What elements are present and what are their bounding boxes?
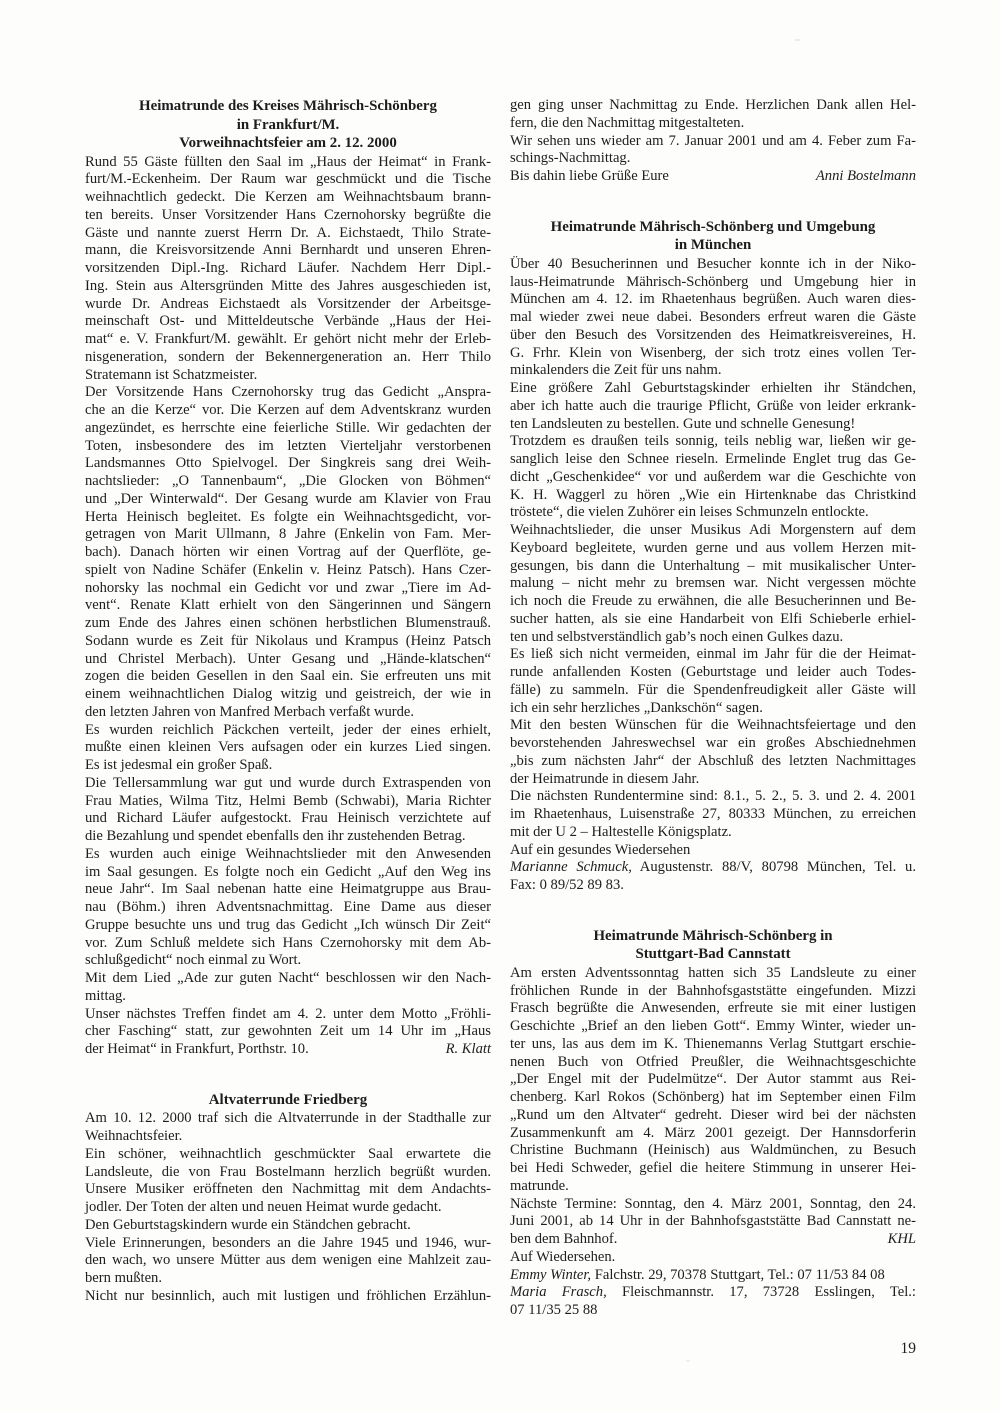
text-line: Eine größere Zahl Geburtstagskinder erhi… — [510, 380, 916, 398]
text-line: und „Der Winterwald“. Der Gesang wurde a… — [85, 491, 491, 509]
text-line: vent“. Renate Klatt erhielt von den Säng… — [85, 597, 491, 615]
paragraph: Wir sehen uns wieder am 7. Januar 2001 u… — [510, 133, 916, 169]
text-line: im Saal gesungen. Es folgte noch ein Ged… — [85, 864, 491, 882]
text-line: mit der U 2 – Haltestelle Königsplatz. — [510, 824, 916, 842]
signature-line: Bis dahin liebe Grüße EureAnni Bostelman… — [510, 168, 916, 186]
text-line: Geschichte „Brief an den lieben Gott“. E… — [510, 1018, 916, 1036]
text-line: Die Tellersammlung war gut und wurde dur… — [85, 775, 491, 793]
signature: Anni Bostelmann — [816, 168, 916, 186]
text-line: sucher hatten, als sie eine Handarbeit v… — [510, 611, 916, 629]
section-heading-line: Vorweihnachtsfeier am 2. 12. 2000 — [85, 134, 491, 153]
text-line: vorsitzenden Dipl.-Ing. Richard Läufer. … — [85, 260, 491, 278]
text-line: ten Landsleuten zu bestellen. Gute und s… — [510, 416, 916, 434]
text-line: Toten, insbesondere des im letzten Viert… — [85, 438, 491, 456]
text-line: Landsleute, die von Frau Bostelmann herz… — [85, 1164, 491, 1182]
text-line: und Richard Läufer aufgestockt. Frau Hei… — [85, 810, 491, 828]
text-line: Viele Erinnerungen, besonders an die Jah… — [85, 1235, 491, 1253]
text-line: jodler. Der Toten der alten und neuen He… — [85, 1199, 491, 1217]
text-line: Ing. Stein aus Altersgründen Mitte des J… — [85, 278, 491, 296]
text-line: nau (Böhm.) ihren Adventsnachmittag. Ein… — [85, 899, 491, 917]
text-line: gen ging unser Nachmittag zu Ende. Herzl… — [510, 97, 916, 115]
text-line: matrunde. — [510, 1178, 916, 1196]
signature-line: der Heimat“ in Frankfurt, Porthstr. 10.R… — [85, 1041, 491, 1059]
text-line: Unsere Musiker eröffneten den Nachmittag… — [85, 1181, 491, 1199]
text-line: Weihnachtsfeier. — [85, 1128, 491, 1146]
text-line: Nächste Termine: Sonntag, den 4. März 20… — [510, 1196, 916, 1214]
text-line: schlußgedicht“ noch einmal zu Wort. — [85, 952, 491, 970]
text-line: Es ließ sich nicht vermeiden, einmal im … — [510, 646, 916, 664]
paragraph: Die Tellersammlung war gut und wurde dur… — [85, 775, 491, 846]
paragraph: Weihnachtslieder, die unser Musikus Adi … — [510, 522, 916, 646]
paragraph: Trotzdem es draußen teils sonnig, teils … — [510, 433, 916, 522]
paragraph: Am 10. 12. 2000 traf sich die Altvaterru… — [85, 1110, 491, 1146]
text-line: cher Fasching“ statt, zur gewohnten Zeit… — [85, 1023, 491, 1041]
text-line: Am 10. 12. 2000 traf sich die Altvaterru… — [85, 1110, 491, 1128]
paragraph: Es ließ sich nicht vermeiden, einmal im … — [510, 646, 916, 717]
paragraph: Über 40 Besucherinnen und Besucher konnt… — [510, 256, 916, 380]
text-line: runde anfallenden Kosten (Geburtstage un… — [510, 664, 916, 682]
text-line: mann, die Kreisvorsitzende Anni Bernhard… — [85, 242, 491, 260]
paragraph: Emmy Winter, Falchstr. 29, 70378 Stuttga… — [510, 1267, 916, 1285]
text-line: bach). Danach hörten wir einen Vortrag a… — [85, 544, 491, 562]
text-line: bern mußten. — [85, 1270, 491, 1288]
text-line: Landsmannes Otto Spielvogel. Der Singkre… — [85, 455, 491, 473]
text-line: über den Besuch des Vorsitzenden des Hei… — [510, 327, 916, 345]
text-line: Wir sehen uns wieder am 7. Januar 2001 u… — [510, 133, 916, 151]
text-line: Christine Buchmann (Heinisch) aus Waldmü… — [510, 1142, 916, 1160]
text-line: die Bezahlung und spendet ebenfalls den … — [85, 828, 491, 846]
section-heading-line: Stuttgart-Bad Cannstatt — [510, 945, 916, 964]
paragraph: Auf ein gesundes Wiedersehen — [510, 842, 916, 860]
text-line: spielt von Nadine Schäfer (Enkelin v. He… — [85, 562, 491, 580]
text-line: Gäste und nannte zuerst Herrn Dr. A. Eic… — [85, 225, 491, 243]
text-line: nisgeneration, sondern der Bekennergener… — [85, 349, 491, 367]
signature: R. Klatt — [446, 1041, 491, 1059]
text-line: „Rund um den Altvater“ gedreht. Dieser w… — [510, 1107, 916, 1125]
section-heading: Heimatrunde Mährisch-Schönberg und Umgeb… — [510, 218, 916, 255]
signature: KHL — [888, 1231, 916, 1249]
section-heading-line: Heimatrunde Mährisch-Schönberg und Umgeb… — [510, 218, 916, 237]
page-number: 19 — [510, 1340, 916, 1358]
text-line: Juni 2001, ab 14 Uhr in der Bahnhofsgast… — [510, 1213, 916, 1231]
text-line: bei Hedi Schweder, gefiel die heitere St… — [510, 1160, 916, 1178]
text-line: Maria Frasch, Fleischmannstr. 17, 73728 … — [510, 1284, 916, 1302]
text-line: ich ein sehr herzliches „Dankschön“ sage… — [510, 700, 916, 718]
text-line: fröhlichen Runde in der Bahnhofsgaststät… — [510, 983, 916, 1001]
paragraph: Rund 55 Gäste füllten den Saal im „Haus … — [85, 154, 491, 385]
text-line: Am ersten Adventssonntag hatten sich 35 … — [510, 965, 916, 983]
paragraph: gen ging unser Nachmittag zu Ende. Herzl… — [510, 97, 916, 133]
text-line: fälle) zu sammeln. Für die Spendenfreudi… — [510, 682, 916, 700]
text-line: nenen Buch von Otfried Preußler, die Wei… — [510, 1054, 916, 1072]
text-line: mat“ e. V. Frankfurt/M. gewählt. Er gehö… — [85, 331, 491, 349]
text-line: Herta Heinisch begleitet. Es folgte ein … — [85, 509, 491, 527]
paragraph: Den Geburtstagskindern wurde ein Ständch… — [85, 1217, 491, 1235]
section-heading-line: in München — [510, 236, 916, 255]
section-heading: Heimatrunde Mährisch-Schönberg inStuttga… — [510, 927, 916, 964]
text-line: nachtslieder: „O Tannenbaum“, „Die Glock… — [85, 473, 491, 491]
text-line: Es wurden auch einige Weihnachtslieder m… — [85, 846, 491, 864]
text-line: Frau Maties, Wilma Titz, Helmi Bemb (Sch… — [85, 793, 491, 811]
text-line: ten und selbstverständlich gab’s noch ei… — [510, 629, 916, 647]
paragraph: Nicht nur besinnlich, auch mit lustigen … — [85, 1288, 491, 1306]
text-line: G. Frhr. Klein von Wisenberg, der sich t… — [510, 345, 916, 363]
text-line: Sodann wurde es Zeit für Nikolaus und Kr… — [85, 633, 491, 651]
text-line: mußte einen kleinen Vers aufsagen oder e… — [85, 739, 491, 757]
paragraph: Der Vorsitzende Hans Czernohorsky trug d… — [85, 384, 491, 721]
text-line: schings-Nachmittag. — [510, 150, 916, 168]
text-line: dicht „Geschenkidee“ vor und außerdem wa… — [510, 469, 916, 487]
text-line: Rund 55 Gäste füllten den Saal im „Haus … — [85, 154, 491, 172]
paragraph: Es wurden reichlich Päckchen verteilt, j… — [85, 722, 491, 775]
text-line: aber ich hatte auch die traurige Pflicht… — [510, 398, 916, 416]
text-line: Emmy Winter, Falchstr. 29, 70378 Stuttga… — [510, 1267, 916, 1285]
text-line: zogen die beiden Gesellen in den Saal ei… — [85, 668, 491, 686]
text-line: Unser nächstes Treffen findet am 4. 2. u… — [85, 1006, 491, 1024]
paragraph: Unser nächstes Treffen findet am 4. 2. u… — [85, 1006, 491, 1059]
text-line: Ein schöner, weihnachtlich geschmückter … — [85, 1146, 491, 1164]
text-line: Über 40 Besucherinnen und Besucher konnt… — [510, 256, 916, 274]
text-line: 07 11/35 25 88 — [510, 1302, 916, 1320]
text-line: Es wurden reichlich Päckchen verteilt, j… — [85, 722, 491, 740]
paragraph: Ein schöner, weihnachtlich geschmückter … — [85, 1146, 491, 1217]
column-left: Heimatrunde des Kreises Mährisch-Schönbe… — [85, 97, 491, 1306]
text-line: ter uns, las aus dem im K. Thienemanns V… — [510, 1036, 916, 1054]
text-line: Nicht nur besinnlich, auch mit lustigen … — [85, 1288, 491, 1306]
paragraph: Es wurden auch einige Weihnachtslieder m… — [85, 846, 491, 970]
text-line: Stratemann ist Schatzmeister. — [85, 367, 491, 385]
text-line: angezündet, es herrschte eine feierliche… — [85, 420, 491, 438]
text-line: nohorsky las nochmal ein Gedicht vor und… — [85, 580, 491, 598]
paragraph: Marianne Schmuck, Augustenstr. 88/V, 807… — [510, 859, 916, 895]
text-line: fern, die den Nachmittag mitgestalteten. — [510, 115, 916, 133]
text-line: mittag. — [85, 988, 491, 1006]
paragraph: Auf Wiedersehen. — [510, 1249, 916, 1267]
text-line: Trotzdem es draußen teils sonnig, teils … — [510, 433, 916, 451]
scan-artifact — [795, 39, 800, 41]
text-line: Gruppe besuchte uns und trug das Gedicht… — [85, 917, 491, 935]
paragraph: Bis dahin liebe Grüße EureAnni Bostelman… — [510, 168, 916, 186]
text-line: neue Jahr“. Im Saal nebenan hatte eine H… — [85, 881, 491, 899]
text-line: den letzten Jahren von Manfred Merbach v… — [85, 704, 491, 722]
paragraph: Am ersten Adventssonntag hatten sich 35 … — [510, 965, 916, 1196]
paragraph: Maria Frasch, Fleischmannstr. 17, 73728 … — [510, 1284, 916, 1320]
signature-line: ben dem Bahnhof.KHL — [510, 1231, 916, 1249]
text-line: Mit dem Lied „Ade zur guten Nacht“ besch… — [85, 970, 491, 988]
text-line: Die nächsten Rundentermine sind: 8.1., 5… — [510, 788, 916, 806]
text-line: zum Ende des Jahres einen schönen herbst… — [85, 615, 491, 633]
text-line: K. H. Waggerl zu hören „Wie ein Hirtenkn… — [510, 487, 916, 505]
text-line: getragen von Marit Ullmann, 8 Jahre (Enk… — [85, 526, 491, 544]
text-line: „bis zum nächsten Jahr“ der Abschluß des… — [510, 753, 916, 771]
paragraph: Die nächsten Rundentermine sind: 8.1., 5… — [510, 788, 916, 841]
paragraph: Eine größere Zahl Geburtstagskinder erhi… — [510, 380, 916, 433]
section-heading-line: Heimatrunde Mährisch-Schönberg in — [510, 927, 916, 946]
text-line: Der Vorsitzende Hans Czernohorsky trug d… — [85, 384, 491, 402]
text-line: gesungen, bis dann die Unterhaltung – mi… — [510, 558, 916, 576]
text-line: Auf Wiedersehen. — [510, 1249, 916, 1267]
document-page: Heimatrunde des Kreises Mährisch-Schönbe… — [0, 0, 1000, 1412]
text-line: chenberg. Karl Rokos (Schönberg) hat im … — [510, 1089, 916, 1107]
scan-artifact — [686, 1360, 690, 1362]
text-line: wurde Dr. Andreas Eichstaedt als Vorsitz… — [85, 296, 491, 314]
text-line: Mit den besten Wünschen für die Weihnach… — [510, 717, 916, 735]
text-line: furt/M.-Eckenheim. Der Raum war geschmüc… — [85, 171, 491, 189]
text-line: Zusammenkunft am 4. März 2001 gezeigt. D… — [510, 1125, 916, 1143]
signature-line-text: ben dem Bahnhof. — [510, 1231, 617, 1249]
text-line: Fax: 0 89/52 89 83. — [510, 877, 916, 895]
text-line: minkalenders die Zeit für uns nahm. — [510, 362, 916, 380]
text-line: Keyboard begleitete, wurden gerne und au… — [510, 540, 916, 558]
text-line: und Christel Merbach). Unter Gesang und … — [85, 651, 491, 669]
section-heading-line: Heimatrunde des Kreises Mährisch-Schönbe… — [85, 97, 491, 116]
text-line: che an die Kerze“ vor. Die Kerzen auf de… — [85, 402, 491, 420]
text-line: im Rhaetenhaus, Luisenstraße 27, 80333 M… — [510, 806, 916, 824]
text-line: vor. Zum Schluß meldete sich Hans Czerno… — [85, 935, 491, 953]
text-line: einem weihnachtlichen Dialog witzig und … — [85, 686, 491, 704]
signature-line-text: Bis dahin liebe Grüße Eure — [510, 168, 669, 186]
text-line: Frasch begrüßte die Anwesenden, erfreute… — [510, 1000, 916, 1018]
section-heading-line: in Frankfurt/M. — [85, 116, 491, 135]
text-line: Den Geburtstagskindern wurde ein Ständch… — [85, 1217, 491, 1235]
section-heading: Altvaterrunde Friedberg — [85, 1091, 491, 1110]
text-line: den wach, wo unsere Mütter aus dem wenig… — [85, 1252, 491, 1270]
text-line: Es ist jedesmal ein großer Spaß. — [85, 757, 491, 775]
text-line: laus-Heimatrunde Mährisch-Schönberg und … — [510, 274, 916, 292]
section-heading: Heimatrunde des Kreises Mährisch-Schönbe… — [85, 97, 491, 153]
text-line: Auf ein gesundes Wiedersehen — [510, 842, 916, 860]
paragraph: Nächste Termine: Sonntag, den 4. März 20… — [510, 1196, 916, 1249]
text-line: mal wieder zwei neue dabei. Besonders er… — [510, 309, 916, 327]
text-line: weihnachtlich gedeckt. Die Kerzen am Wei… — [85, 189, 491, 207]
text-line: „Der Engel mit der Pudelmütze“. Der Auto… — [510, 1071, 916, 1089]
column-right: gen ging unser Nachmittag zu Ende. Herzl… — [510, 97, 916, 1320]
text-line: sanglich leise den Schnee rieseln. Ermel… — [510, 451, 916, 469]
text-line: Weihnachtslieder, die unser Musikus Adi … — [510, 522, 916, 540]
section-heading-line: Altvaterrunde Friedberg — [85, 1091, 491, 1110]
paragraph: Viele Erinnerungen, besonders an die Jah… — [85, 1235, 491, 1288]
text-line: Marianne Schmuck, Augustenstr. 88/V, 807… — [510, 859, 916, 877]
text-line: ten bereits. Unser Vorsitzender Hans Cze… — [85, 207, 491, 225]
text-line: München am 4. 12. im Rhaetenhaus begrüße… — [510, 291, 916, 309]
text-line: meinschaft Ost- und Mitteldeutsche Verbä… — [85, 313, 491, 331]
paragraph: Mit dem Lied „Ade zur guten Nacht“ besch… — [85, 970, 491, 1006]
text-line: der Heimatrunde in diesem Jahr. — [510, 771, 916, 789]
paragraph: Mit den besten Wünschen für die Weihnach… — [510, 717, 916, 788]
text-line: bevorstehenden Jahreswechsel war ein gro… — [510, 735, 916, 753]
text-line: malung – nicht mehr zu bremsen war. Nich… — [510, 575, 916, 593]
text-line: tröstete“, die vielen Zuhörer ein leises… — [510, 504, 916, 522]
text-line: ich noch die Freude zu erwähnen, die all… — [510, 593, 916, 611]
signature-line-text: der Heimat“ in Frankfurt, Porthstr. 10. — [85, 1041, 309, 1059]
